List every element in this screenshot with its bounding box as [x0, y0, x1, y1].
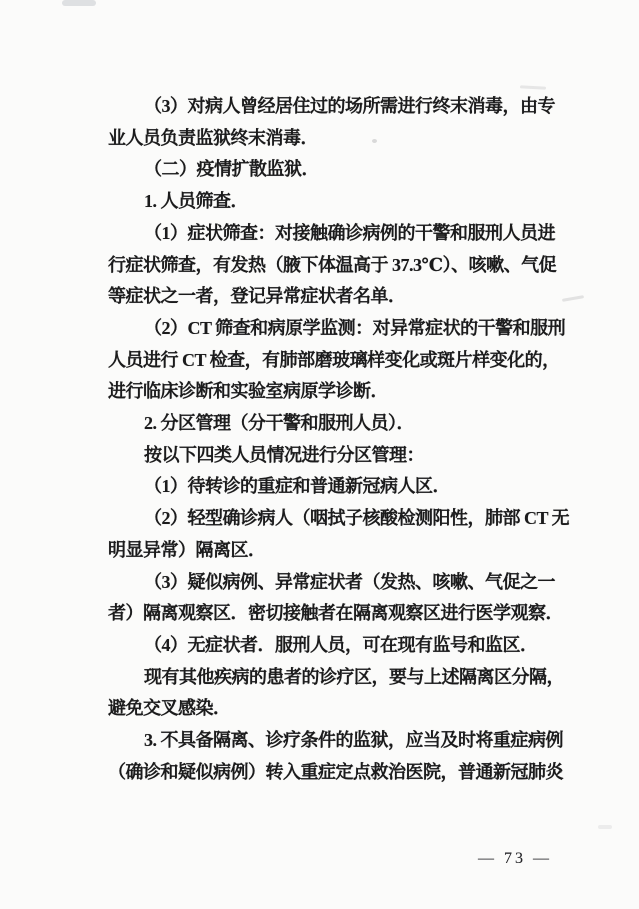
text-line: 业人员负责监狱终末消毒．	[108, 123, 586, 155]
page-number: — 73 —	[478, 849, 552, 869]
text-line: （1）待转诊的重症和普通新冠病人区．	[108, 471, 586, 503]
text-line: （3）疑似病例、异常症状者（发热、咳嗽、气促之一	[108, 567, 586, 599]
text-line: 进行临床诊断和实验室病原学诊断．	[108, 376, 586, 408]
scan-speck	[520, 85, 546, 89]
text-line: （4）无症状者．服刑人员，可在现有监号和监区．	[108, 630, 586, 662]
text-line: 1. 人员筛查．	[108, 186, 586, 218]
text-line: 现有其他疾病的患者的诊疗区，要与上述隔离区分隔，	[108, 662, 586, 694]
scanned-page: （3）对病人曾经居住过的场所需进行终末消毒，由专业人员负责监狱终末消毒．（二）疫…	[0, 0, 639, 909]
text-line: 人员进行 CT 检查，有肺部磨玻璃样变化或斑片样变化的，	[108, 345, 586, 377]
scan-smudge	[62, 0, 96, 6]
text-line: （3）对病人曾经居住过的场所需进行终末消毒，由专	[108, 91, 586, 123]
text-line: 者）隔离观察区．密切接触者在隔离观察区进行医学观察．	[108, 598, 586, 630]
text-line: 行症状筛查，有发热（腋下体温高于 37.3℃）、咳嗽、气促	[108, 250, 586, 282]
scan-speck	[598, 825, 612, 829]
text-line: 避免交叉感染．	[108, 693, 586, 725]
text-line: 明显异常）隔离区．	[108, 535, 586, 567]
text-line: 2. 分区管理（分干警和服刑人员）．	[108, 408, 586, 440]
text-line: （1）症状筛查：对接触确诊病例的干警和服刑人员进	[108, 218, 586, 250]
text-line: 3. 不具备隔离、诊疗条件的监狱，应当及时将重症病例	[108, 725, 586, 757]
text-line: 按以下四类人员情况进行分区管理：	[108, 440, 586, 472]
text-line: （2）轻型确诊病人（咽拭子核酸检测阳性，肺部 CT 无	[108, 503, 586, 535]
text-line: 等症状之一者，登记异常症状者名单．	[108, 281, 586, 313]
text-line: （二）疫情扩散监狱．	[108, 154, 586, 186]
text-line: （2）CT 筛查和病原学监测：对异常症状的干警和服刑	[108, 313, 586, 345]
document-body: （3）对病人曾经居住过的场所需进行终末消毒，由专业人员负责监狱终末消毒．（二）疫…	[108, 91, 586, 788]
text-line: （确诊和疑似病例）转入重症定点救治医院，普通新冠肺炎	[108, 757, 586, 789]
